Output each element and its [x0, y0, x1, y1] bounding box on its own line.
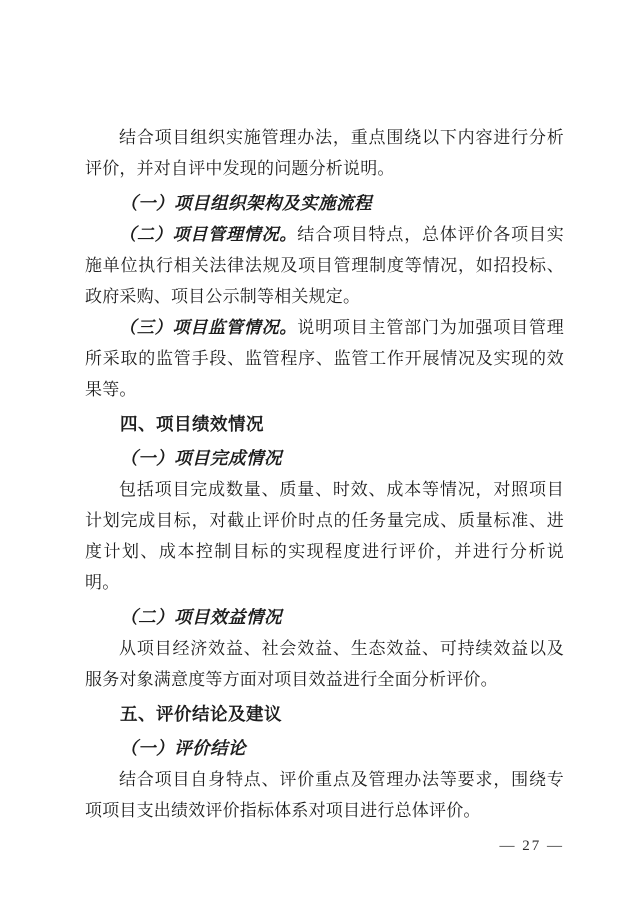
- sub-heading: （一）评价结论: [85, 733, 564, 764]
- paragraph: （二）项目管理情况。结合项目特点，总体评价各项目实施单位执行相关法律法规及项目管…: [85, 219, 564, 312]
- paragraph: 结合项目组织实施管理办法，重点围绕以下内容进行分析评价，并对自评中发现的问题分析…: [85, 122, 564, 184]
- document-body: 结合项目组织实施管理办法，重点围绕以下内容进行分析评价，并对自评中发现的问题分析…: [85, 122, 564, 826]
- paragraph: 包括项目完成数量、质量、时效、成本等情况，对照项目计划完成目标，对截止评价时点的…: [85, 474, 564, 598]
- paragraph: （三）项目监管情况。说明项目主管部门为加强项目管理所采取的监管手段、监管程序、监…: [85, 312, 564, 405]
- paragraph: 结合项目自身特点、评价重点及管理办法等要求，围绕专项项目支出绩效评价指标体系对项…: [85, 764, 564, 826]
- sub-heading: （一）项目组织架构及实施流程: [85, 188, 564, 219]
- section-heading: 四、项目绩效情况: [85, 409, 564, 440]
- sub-heading: （一）项目完成情况: [85, 443, 564, 474]
- paragraph-lead: （二）项目管理情况。: [119, 225, 297, 244]
- page-number: — 27 —: [500, 838, 565, 855]
- document-page: 结合项目组织实施管理办法，重点围绕以下内容进行分析评价，并对自评中发现的问题分析…: [0, 0, 640, 906]
- paragraph-lead: （三）项目监管情况。: [119, 318, 297, 337]
- sub-heading: （二）项目效益情况: [85, 602, 564, 633]
- paragraph: 从项目经济效益、社会效益、生态效益、可持续效益以及服务对象满意度等方面对项目效益…: [85, 633, 564, 695]
- section-heading: 五、评价结论及建议: [85, 699, 564, 730]
